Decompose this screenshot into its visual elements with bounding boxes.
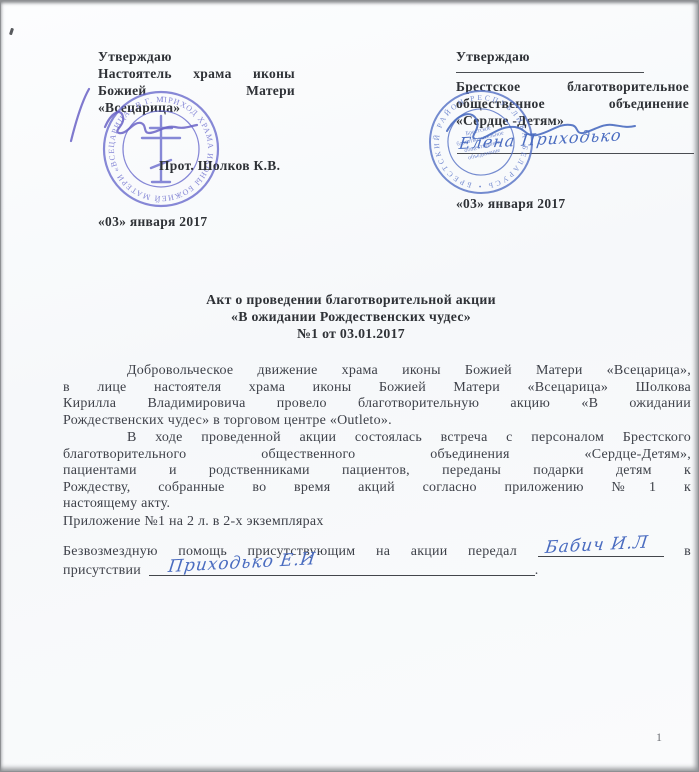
paragraph-line: в лице настоятеля храма иконы Божией Мат… [63, 380, 691, 397]
handover-blank-1: Бабич И.Л [538, 542, 664, 557]
paragraph-line: Кирилла Владимировича провело благотвори… [63, 396, 691, 413]
handwritten-name-giver: Бабич И.Л [544, 533, 650, 558]
title-line-3: №1 от 03.01.2017 [63, 325, 639, 342]
page-number: 1 [656, 730, 662, 745]
paragraph-line: Рождеству, собранные во время акций согл… [63, 480, 691, 497]
paragraph-line: благотворительного общественного объедин… [63, 447, 691, 464]
attachment-note: Приложение №1 на 2 л. в 2-х экземплярах [63, 514, 691, 531]
approval-left-line: Настоятель храма иконы [98, 65, 295, 82]
handover-conjunction: в [684, 544, 691, 559]
date-left: «03» января 2017 [98, 213, 207, 230]
paragraph-line: пациентами и родственниками пациентов, п… [63, 463, 691, 480]
handover-line-1: Безвозмездную помощь присутствующим на а… [63, 542, 691, 561]
approve-label-right: Утверждаю [456, 48, 689, 65]
signature-stroke-left-icon [59, 83, 249, 147]
handover-statement: Безвозмездную помощь присутствующим на а… [63, 542, 691, 580]
paragraph-line: настоящему акту. [63, 496, 691, 513]
scanned-act-document: Утверждаю Настоятель храма иконы Божией … [0, 0, 699, 772]
title-line-2: «В ожидании Рождественских чудес» [63, 308, 639, 325]
paragraph-line: В ходе проведенной акции состоялась встр… [63, 430, 691, 447]
document-title: Акт о проведении благотворительной акции… [63, 291, 639, 342]
scan-speck [9, 28, 14, 36]
handover-line-2: присутствии Приходько Е.И . [63, 561, 691, 580]
title-line-1: Акт о проведении благотворительной акции [63, 291, 639, 308]
handover-blank-2: Приходько Е.И [149, 561, 535, 576]
paragraph-line: Рождественских чудес» в торговом центре … [63, 413, 691, 430]
date-right: «03» января 2017 [456, 195, 565, 212]
approve-label-left: Утверждаю [98, 48, 295, 65]
handover-period: . [535, 563, 539, 578]
paragraph-line: Добровольческое движение храма иконы Бож… [63, 363, 691, 380]
signatory-name: Прот. Шолков К.В. [159, 157, 280, 174]
paragraph-2: В ходе проведенной акции состоялась встр… [63, 430, 691, 513]
handwritten-name-right: Елена Приходько [458, 129, 688, 153]
signature-line-top [456, 72, 644, 73]
handover-label-2: присутствии [63, 563, 141, 578]
paragraph-1: Добровольческое движение храма иконы Бож… [63, 363, 691, 429]
